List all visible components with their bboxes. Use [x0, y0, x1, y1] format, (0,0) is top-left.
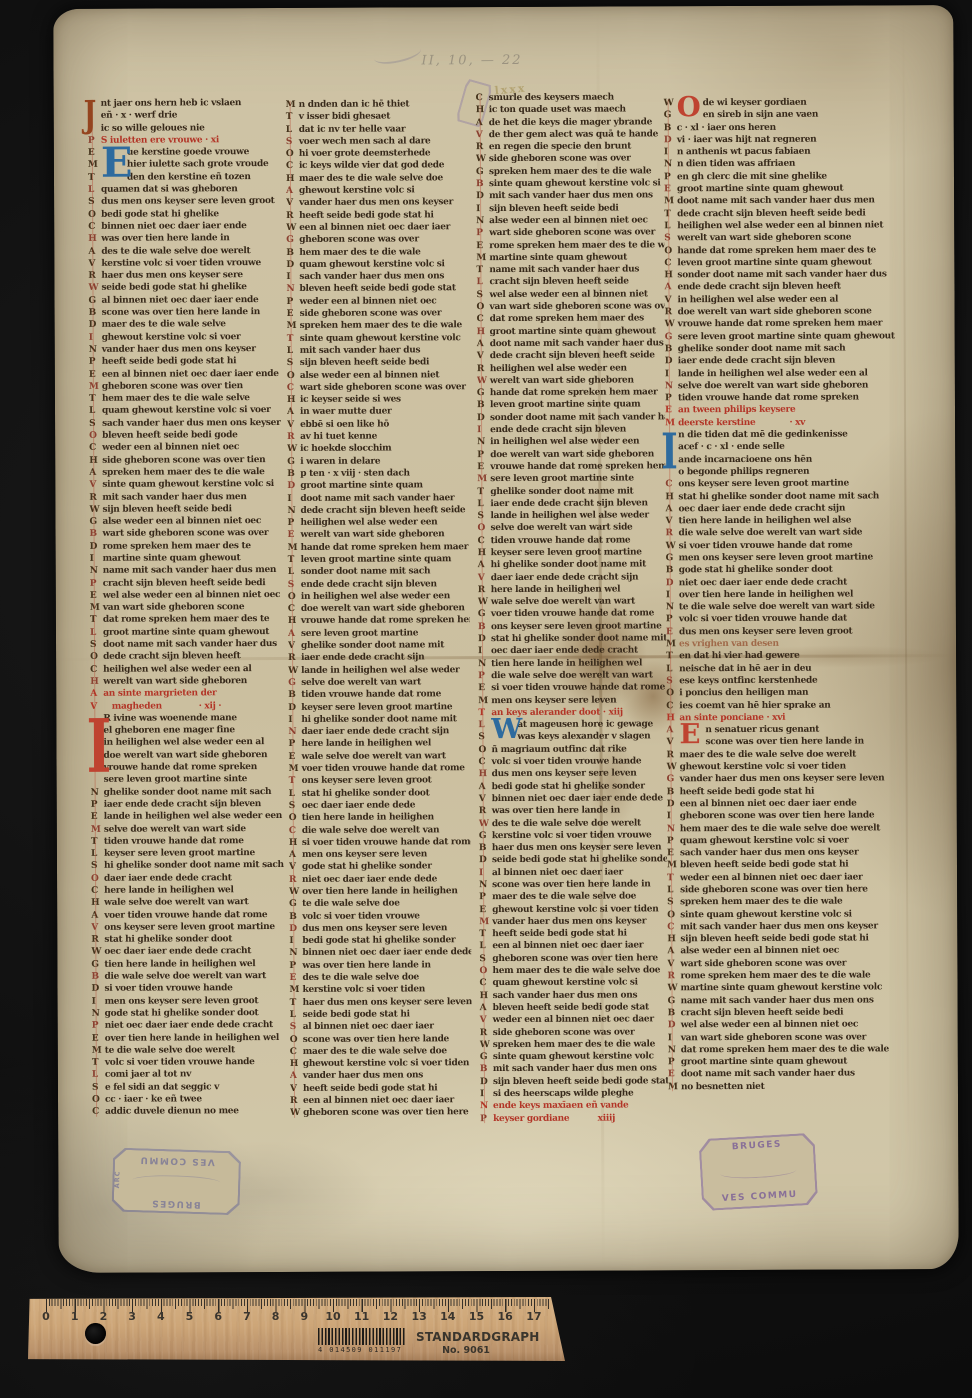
line-text: een al binnen niet oec daer iaer — [299, 221, 450, 234]
margin-capital: V — [287, 419, 300, 431]
line-text: martine sinte quam ghewout kerstine volc — [681, 982, 883, 995]
line-text: selve doe werelt van wart side — [490, 522, 632, 535]
line-text: neische dat in hē aer in deu — [679, 662, 811, 675]
line-text: hande dat rome spreken hem maer — [490, 386, 658, 399]
margin-capital: W — [667, 761, 680, 773]
line-text: ic keyser seide si wes — [300, 394, 401, 407]
line-text: heilighen wel alse weder een — [490, 362, 627, 375]
margin-capital: D — [287, 480, 300, 492]
line-text: n die tiden dat mē die gedinkenisse — [678, 429, 848, 442]
manuscript-line: Pheeft seide bedi gode stat hi — [89, 355, 286, 368]
line-text: dede cracht sijn bleven heeft — [103, 651, 240, 664]
line-text: doe werelt van wart side gheboren scone — [678, 305, 872, 318]
line-text: ende dede cracht sijn bleven heeft — [677, 281, 840, 294]
pencil-inscription: II, 10, — 22 — [421, 53, 522, 68]
line-text: dede cracht sijn bleven heeft seide — [300, 504, 465, 517]
line-text: men ons keyser sere leven groot martine — [679, 551, 873, 564]
margin-capital: E — [88, 147, 101, 159]
line-text: alse weder een al binnen niet oec — [680, 945, 839, 958]
manuscript-line: Imartine sinte quam ghewout — [90, 552, 287, 565]
margin-capital: W — [664, 97, 677, 109]
manuscript-line: Hsi voer tiden vrouwe hande dat rome — [289, 836, 471, 849]
line-text: werelt van wart side gheboren scone — [677, 232, 851, 245]
margin-capital: S — [664, 233, 677, 245]
line-text: van wart side gheboren scone was over — [490, 300, 665, 313]
margin-capital: M — [666, 638, 679, 650]
manuscript-line: Pwas over tien here lande in — [289, 959, 471, 972]
ruler-number: 4 — [157, 1310, 165, 1323]
manuscript-line: Avander haer dus men ons — [290, 1070, 472, 1083]
margin-capital: H — [90, 676, 103, 688]
line-text: seide bedi gode stat hi ghelike — [101, 282, 246, 295]
margin-capital: C — [664, 257, 677, 269]
line-text: ic keys wilde vier dat god dede — [299, 160, 444, 173]
line-text: iaer ende dede cracht sijn — [301, 652, 424, 665]
line-text: doot name mit sach vander haer dus — [490, 337, 664, 350]
manuscript-line: Oñ magriaum outfinc dat rike — [478, 743, 666, 756]
line-text: vander haer dus men ons keyser — [102, 343, 256, 356]
margin-capital: T — [289, 775, 302, 787]
line-text: heilighen wel alse weder een — [300, 516, 437, 529]
margin-capital: P — [668, 1056, 681, 1068]
manuscript-line: Lmit sach vander haer dus — [287, 344, 469, 357]
margin-capital: A — [287, 406, 300, 418]
margin-capital: R — [88, 270, 101, 282]
manuscript-line: Gspreken hem maer des te die wale — [476, 165, 664, 178]
ruler-number: 14 — [440, 1310, 455, 1323]
margin-capital: S — [667, 897, 680, 909]
line-text: in heilighen wel alse weder een al — [103, 736, 264, 749]
line-text: maer des te die wale selve doe — [299, 172, 443, 185]
manuscript-line: Eover tien here lande in heilighen wel — [92, 1032, 289, 1045]
line-text: n dnden dan ic hē thiet — [299, 98, 410, 111]
margin-capital: T — [287, 333, 300, 345]
margin-capital: L — [479, 941, 492, 953]
margin-capital: S — [91, 860, 104, 872]
line-text: sere leven groot martine sinte quam ghew… — [678, 330, 895, 343]
line-text: spreken hem maer des te die wale — [300, 320, 462, 333]
manuscript-line: Odede cracht sijn bleven heeft — [90, 650, 287, 663]
margin-capital: B — [480, 1064, 493, 1076]
line-text: ende dede cracht sijn bleven — [490, 423, 626, 436]
line-text: sach vander haer dus men ons — [493, 989, 638, 1002]
line-text: here lande in heilighen wel — [301, 738, 431, 751]
margin-capital: C — [290, 1046, 303, 1058]
line-text: niet oec daer iaer ende dede — [302, 873, 437, 886]
margin-capital: P — [477, 449, 490, 461]
margin-capital: N — [90, 565, 103, 577]
line-text: martine sinte quam ghewout — [103, 552, 241, 565]
margin-capital: G — [667, 774, 680, 786]
margin-capital: B — [477, 399, 490, 411]
line-text: was over tien here lande in — [302, 959, 430, 972]
manuscript-line: Hkeyser sere leven groot martine — [478, 546, 666, 559]
manuscript-line: Slande in heilighen wel alse weder — [477, 509, 665, 522]
line-text: spreken hem maer des te die wale — [680, 896, 842, 909]
manuscript-line: Vkerstine volc si voer tiden vrouwe — [88, 257, 285, 270]
line-text: heeft seide bedi gode stat hi — [680, 785, 815, 798]
margin-capital: H — [666, 712, 679, 724]
barcode: 4 014509 011197 — [318, 1328, 406, 1355]
line-text: gheboren scone was over tien here — [303, 1107, 468, 1120]
manuscript-line: Bdie wale selve doe werelt van wart — [91, 970, 288, 983]
line-text: doot name mit sach vander haer dus men — [677, 195, 875, 208]
margin-capital: M — [668, 1081, 681, 1093]
line-text: ghelike sonder doot name mit — [301, 639, 444, 652]
line-text: die wale selve doe werelt van — [302, 824, 440, 837]
manuscript-line: Cdat rome spreken hem maer des — [477, 313, 665, 326]
margin-capital: E — [92, 1032, 105, 1044]
line-text: sere leven groot martine sinte — [490, 473, 634, 486]
manuscript-line: Ades te die wale selve doe werelt — [88, 245, 285, 258]
line-text: hem maer des te die wale selve — [102, 392, 250, 405]
line-text: sijn bleven heeft seide bedi — [489, 202, 618, 215]
manuscript-line: Gi waren in delare — [287, 455, 469, 468]
manuscript-line: Vheeft seide bedi gode stat hi — [290, 1082, 472, 1095]
line-text: keyser sere leven groot martine — [104, 847, 255, 860]
manuscript-line: Ween al binnen niet oec daer iaer — [286, 221, 468, 234]
margin-capital: S — [290, 1021, 303, 1033]
manuscript-line: Hwale selve doe werelt van wart — [91, 896, 288, 909]
manuscript-line: Nalse weder een al binnen niet oec — [476, 214, 664, 227]
line-text: ghelike sonder doot name mit — [490, 485, 633, 498]
margin-capital: M — [287, 320, 300, 332]
manuscript-line: Lsonder doot name mit sach — [288, 565, 470, 578]
manuscript-line: Hwerelt van wart side gheboren — [90, 675, 287, 688]
margin-capital: S — [479, 953, 492, 965]
line-text: groot martine sinte quam ghewout — [677, 183, 843, 196]
margin-capital: S — [286, 136, 299, 148]
margin-capital: L — [289, 788, 302, 800]
margin-capital: W — [88, 282, 101, 294]
line-text: hande dat rome spreken hem maer — [301, 541, 469, 554]
line-text: was over tien here lande in — [101, 232, 229, 245]
manuscript-line: Aghewout kerstine volc si — [286, 184, 468, 197]
manuscript-line: Wsijn bleven heeft seide bedi — [89, 503, 286, 516]
manuscript-line: Hic keyser seide si wes — [287, 393, 469, 406]
line-text: vander haer dus men ons keyser — [299, 197, 453, 210]
line-text: een al binnen niet oec daer iaer ende — [102, 368, 279, 381]
line-text: dat ic nv ter helle vaar — [299, 123, 406, 136]
margin-capital: N — [665, 380, 678, 392]
manuscript-line: Sende dede cracht sijn bleven — [288, 578, 470, 591]
line-text: o begonde philips regneren — [678, 466, 809, 479]
manuscript-line: Isijn bleven heeft seide bedi — [476, 202, 664, 215]
manuscript-line: Rav hi tuet kenne — [287, 430, 469, 443]
manuscript-line: Hghewout kerstine volc si voer tiden — [290, 1057, 472, 1070]
manuscript-line: Pdie wale selve doe werelt van wart — [478, 669, 666, 682]
line-text: men ons keyser sere leven — [491, 694, 616, 707]
line-text: sach vander haer dus men ons — [299, 270, 444, 283]
line-text: ons keyser sere leven groot martine — [104, 921, 275, 934]
margin-capital: E — [477, 461, 490, 473]
manuscript-line: Gsinte quam ghewout kerstine volc — [480, 1050, 668, 1063]
manuscript-line: Ohem maer des te die wale selve doe — [479, 964, 667, 977]
manuscript-line: Dsijn bleven heeft seide bedi gode stat — [480, 1075, 668, 1088]
margin-capital: M — [288, 542, 301, 554]
margin-capital: E — [667, 847, 680, 859]
photograph-scene: II, 10, — 22 lxxx BRUGES VES COMMU ARC B… — [0, 0, 972, 1398]
line-text: heilighen wel alse weder een al — [103, 663, 251, 676]
manuscript-line: Ssijn bleven heeft seide bedi — [287, 356, 469, 369]
line-text: sijn bleven heeft seide bedi gode stat h… — [680, 933, 868, 946]
line-text: in heilighen wel alse weder een — [301, 590, 450, 603]
line-text: ghewout kerstine volc si voer tiden — [680, 761, 846, 774]
line-text: smurle des keysers maech — [489, 92, 614, 105]
margin-capital: V — [480, 1014, 493, 1026]
margin-capital: C — [476, 92, 489, 104]
line-text: i poncius den heiligen man — [679, 687, 808, 700]
line-text: ñ magriaum outfinc dat rike — [491, 743, 626, 756]
margin-capital: N — [92, 1008, 105, 1020]
line-text: sinte quam ghewout kerstine volc — [493, 1051, 654, 1064]
margin-capital: R — [89, 491, 102, 503]
line-text: heeft seide bedi gode stat hi — [492, 928, 627, 941]
line-text: name mit sach vander haer dus — [489, 264, 639, 277]
line-text: si voer tiden vrouwe hande — [104, 983, 232, 996]
line-text: ghewout kerstine volc si voer tiden — [303, 1057, 469, 1070]
line-text: sonder doot name mit sach vander haer — [490, 411, 665, 424]
margin-capital: G — [286, 234, 299, 246]
manuscript-line: Mvan wart side gheboren scone — [90, 601, 287, 614]
manuscript-line: Rside gheboren scone was over — [480, 1026, 668, 1039]
manuscript-line: Svoer wech men sach al dare — [286, 135, 468, 148]
line-text: bleven heeft seide bedi gode stat — [493, 1001, 649, 1014]
line-text: mit sach vander haer dus men ons keyser — [680, 920, 878, 933]
manuscript-line: Sal binnen niet oec daer iaer — [290, 1020, 472, 1033]
ruler-number: 10 — [325, 1310, 340, 1323]
margin-capital: C — [477, 313, 490, 325]
margin-capital: O — [287, 369, 300, 381]
margin-capital: N — [287, 505, 300, 517]
line-text: sijn bleven heeft seide bedi gode stat — [493, 1075, 668, 1088]
line-text: ons keyser sere leven groot — [302, 775, 432, 788]
line-text: hem maer des te die wale selve doe — [492, 964, 660, 977]
margin-capital: P — [476, 227, 489, 239]
margin-capital: G — [476, 166, 489, 178]
line-text: dat rome spreken hem maer des te die wal… — [681, 1043, 889, 1056]
margin-capital: W — [477, 375, 490, 387]
margin-capital: E — [479, 904, 492, 916]
line-text: ghewout kerstine volc si voer — [102, 331, 241, 344]
manuscript-line: Tname mit sach vander haer dus — [476, 263, 664, 276]
manuscript-line: Cheilighen wel alse weder een al — [90, 663, 287, 676]
line-text: maer des te die wale selve — [102, 319, 226, 332]
manuscript-line: Bmit sach vander haer dus men ons — [480, 1063, 668, 1076]
manuscript-line: Gvoer tiden vrouwe hande dat rome — [478, 608, 666, 621]
margin-capital: B — [89, 307, 102, 319]
line-text: rome spreken hem maer des te die wale — [680, 969, 870, 982]
manuscript-line: Ial binnen niet oec daer iaer — [479, 866, 667, 879]
margin-capital: T — [89, 393, 102, 405]
manuscript-line: Mvander haer dus men ons keyser — [479, 915, 667, 928]
margin-capital: P — [89, 356, 102, 368]
line-text: daer iaer ende dede cracht sijn — [491, 571, 639, 584]
manuscript-line: Mkerstine volc si voer tiden — [290, 984, 472, 997]
manuscript-line: Vsinte quam ghewout kerstine volc si — [89, 478, 286, 491]
manuscript-line: Nscone was over tien here lande in — [479, 878, 667, 891]
margin-capital: I — [286, 271, 299, 283]
line-text: comi jaer al tot nv — [105, 1069, 191, 1082]
manuscript-line: Nbinnen niet oec daer iaer ende dede — [289, 947, 471, 960]
margin-capital: I — [667, 810, 680, 822]
margin-capital: A — [479, 781, 492, 793]
manuscript-line: Cweder een al binnen niet oec — [89, 441, 286, 454]
illuminated-initial: I — [86, 711, 98, 785]
line-text: gheboren scone was over tien here lande — [680, 810, 875, 823]
manuscript-line: Dnt jaer ons hern heb ic vslaen — [88, 97, 285, 110]
line-text: iaer ende dede cracht sijn bleven — [104, 798, 261, 811]
line-text: heeft seide bedi gode stat hi — [102, 355, 237, 368]
manuscript-line: Ableven heeft seide bedi gode stat — [480, 1001, 668, 1014]
manuscript-line: Woec daer iaer ende dede cracht — [91, 945, 288, 958]
line-text: volc si voer tiden vrouwe — [302, 910, 420, 923]
margin-capital: C — [90, 663, 103, 675]
line-text: die wale selve doe werelt van wart side — [679, 527, 863, 540]
margin-capital: W — [287, 443, 300, 455]
line-text: p ten · x viij · sten dach — [300, 467, 410, 480]
margin-capital: V — [289, 861, 302, 873]
manuscript-line: Abedi gode stat hi ghelike sonder — [479, 780, 667, 793]
manuscript-line: Gtien here lande in heilighen wel — [91, 958, 288, 971]
manuscript-line: Dkeyser sere leven groot martine — [288, 701, 470, 714]
margin-capital: I — [289, 935, 302, 947]
line-text: al binnen niet oec daer iaer ende — [101, 294, 258, 307]
barcode-bars — [318, 1328, 406, 1345]
manuscript-line: Rhere lande in heilighen wel — [478, 583, 666, 596]
line-text: hi ghelike sonder doot name mit — [491, 559, 646, 572]
line-text: mit sach vander haer dus men — [102, 491, 246, 504]
line-text: heilighen wel alse weder een al binnen n… — [677, 219, 883, 232]
manuscript-line: Dquam ghewout kerstine volc si — [286, 258, 468, 271]
margin-capital: E — [287, 308, 300, 320]
line-text: haer dus men ons keyser sere leven — [303, 996, 472, 1009]
manuscript-line: Mmartine sinte quam ghewout — [476, 251, 664, 264]
manuscript-line: Isere leven groot martine sinte — [91, 773, 288, 786]
line-text: al binnen niet oec daer iaer — [492, 866, 623, 879]
margin-capital: L — [476, 277, 489, 289]
margin-capital: D — [667, 798, 680, 810]
margin-capital: R — [666, 528, 679, 540]
ruler-number: 12 — [383, 1310, 398, 1323]
margin-capital: N — [288, 726, 301, 738]
manuscript-line: Bscone was over tien here lande in — [89, 306, 286, 319]
manuscript-line: Tv isser bidi ghesaet — [286, 110, 468, 123]
ruler: 01234567891011121314151617 4 014509 0111… — [28, 1297, 565, 1361]
margin-capital: M — [91, 823, 104, 835]
manuscript-line: Ade het die keys die mager ybrande — [476, 116, 664, 129]
manuscript-line: Erome spreken hem maer des te die wale — [476, 239, 664, 252]
manuscript-line: Phere lande in heilighen wel — [288, 738, 470, 751]
margin-capital: O — [667, 909, 680, 921]
margin-capital: T — [91, 836, 104, 848]
manuscript-line: Gselve doe werelt van wart — [288, 676, 470, 689]
line-text: men ons keyser sere leven — [302, 848, 427, 861]
line-text: tien here lande in heilighen wel alse — [678, 515, 851, 528]
line-text: name mit sach vander haer dus men ons — [681, 994, 874, 1007]
margin-capital: P — [289, 960, 302, 972]
margin-capital: V — [477, 350, 490, 362]
manuscript-line: Mno besnetten niet — [668, 1080, 958, 1094]
margin-capital: I — [480, 1088, 493, 1100]
line-text: doot name mit sach vander haer dus — [103, 638, 277, 651]
margin-capital: N — [480, 1100, 493, 1112]
manuscript-line: Wgheboren scone was over tien here — [290, 1106, 472, 1119]
margin-capital: C — [478, 535, 491, 547]
margin-capital: N — [478, 658, 491, 670]
margin-capital: L — [89, 405, 102, 417]
manuscript-line: Theeft seide bedi gode stat hi — [479, 927, 667, 940]
manuscript-line: Hic ton quade uset was maech — [476, 104, 664, 117]
margin-capital: I — [288, 714, 301, 726]
margin-capital: I — [89, 331, 102, 343]
margin-capital: M — [92, 1045, 105, 1057]
line-text: doe werelt van wart side gheboren — [301, 602, 465, 615]
manuscript-line: Dsi voer tiden vrouwe hande — [91, 982, 288, 995]
manuscript-line: Wdes te die wale selve doe werelt — [479, 817, 667, 830]
margin-capital: S — [288, 578, 301, 590]
margin-capital: P — [92, 1020, 105, 1032]
line-text: lande in heilighen wel alse weder een — [104, 810, 282, 823]
line-text: selve doe werelt van wart — [301, 676, 421, 689]
margin-capital: P — [479, 891, 492, 903]
margin-capital: B — [478, 621, 491, 633]
ruler-brand: STANDARDGRAPH — [416, 1331, 516, 1344]
line-text: weder een al binnen niet oec daer — [493, 1014, 654, 1027]
margin-capital: G — [89, 516, 102, 528]
margin-capital: L — [88, 184, 101, 196]
manuscript-line: Hsach vander haer dus men ons — [480, 989, 668, 1002]
line-text: bedi gode stat hi ghelike sonder — [302, 934, 455, 947]
manuscript-line: Mn dnden dan ic hē thiet — [286, 98, 468, 111]
margin-capital: R — [477, 363, 490, 375]
manuscript-line: Vghelike sonder doot name mit — [288, 639, 470, 652]
line-text: over tien here lande in heilighen wel — [105, 1032, 279, 1045]
line-text: volc si voer tiden vrouwe hande — [105, 1056, 255, 1069]
line-text: ghelike sonder doot name mit sach — [104, 786, 272, 799]
line-text: sonder doot name mit sach — [301, 566, 431, 579]
margin-capital: R — [287, 431, 300, 443]
manuscript-line: Reen al binnen niet oec daer iaer — [290, 1094, 472, 1107]
margin-capital: T — [476, 264, 489, 276]
ruler-number: 11 — [354, 1310, 369, 1323]
line-text: bleven heeft seide bedi gode stat hi — [680, 859, 848, 872]
manuscript-line: Wseide bedi gode stat hi ghelike — [88, 281, 285, 294]
margin-capital: G — [664, 110, 677, 122]
line-text: ghewout kerstine volc si — [299, 184, 415, 197]
line-text: werelt van wart side gheboren — [301, 529, 445, 542]
line-text: no besnetten niet — [681, 1081, 765, 1094]
line-text: ese keys ontfinc kerstenhede — [679, 675, 817, 688]
illuminated-initial: J — [84, 96, 96, 133]
margin-capital: O — [92, 1094, 105, 1106]
line-text: ic ton quade uset was maech — [489, 104, 626, 117]
ruler-number: 2 — [100, 1310, 108, 1323]
manuscript-line: Tdat rome spreken hem maer des te — [90, 613, 287, 626]
line-text: sach vander haer dus men ons keyser — [680, 847, 859, 860]
margin-capital: S — [90, 639, 103, 651]
illuminated-initial: I — [661, 427, 673, 476]
line-text: vi · iaer was hijt nat regneren — [677, 134, 817, 147]
margin-capital: B — [286, 246, 299, 258]
line-text: sere leven groot martine sinte — [104, 773, 248, 786]
line-text: addic duvele dienun no mee — [105, 1106, 239, 1119]
line-text: dus men ons keyser sere leven groot — [679, 625, 853, 638]
line-text: e fel sidi an dat seggic v — [105, 1081, 219, 1094]
margin-capital: D — [286, 259, 299, 271]
manuscript-line: Mselve doe werelt van wart side — [91, 822, 288, 835]
line-text: in heilighen wel alse weder een — [490, 436, 639, 449]
